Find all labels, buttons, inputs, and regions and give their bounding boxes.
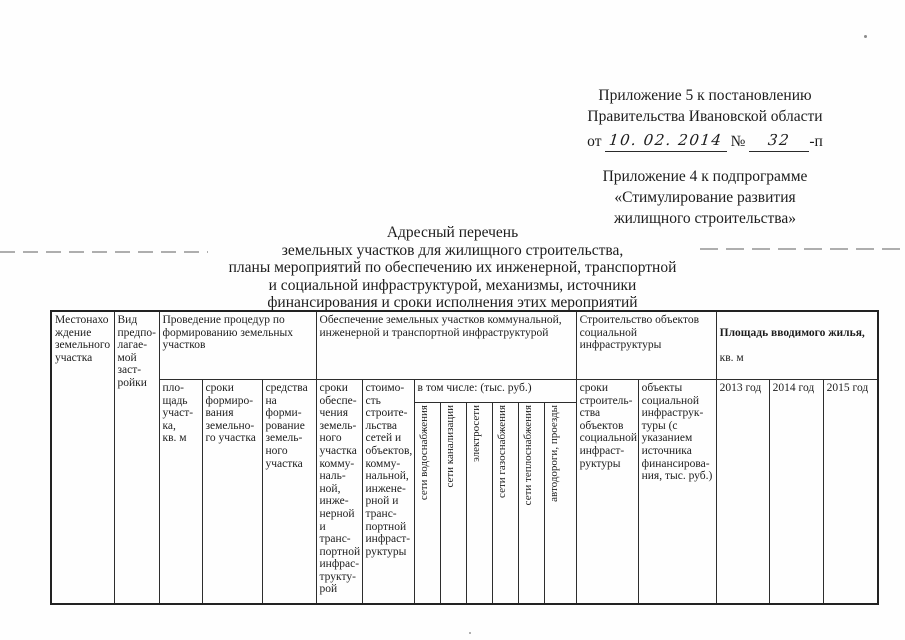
col-header-infrastructure-terms: сроки обеспе- чения земель- ного участка… xyxy=(316,379,362,604)
col-header-year-2014: 2014 год xyxy=(769,379,823,604)
col-header-location: Местонахо ждение земельного участка xyxy=(51,311,114,604)
col-header-year-2013: 2013 год xyxy=(716,379,769,604)
col-header-year-2015: 2015 год xyxy=(823,379,878,604)
from-label: от xyxy=(587,133,601,150)
col-header-including: в том числе: (тыс. руб.) xyxy=(414,379,576,402)
main-table: Местонахо ждение земельного участка Вид … xyxy=(50,310,879,605)
col-header-roads: автодороги, проезды xyxy=(544,402,576,604)
group-header-infrastructure: Обеспечение земельных участков коммуналь… xyxy=(316,311,576,379)
col-header-plot-area: пло- щадь участ- ка, кв. м xyxy=(159,379,202,604)
col-header-social-terms: сроки строитель- ства объектов социально… xyxy=(576,379,638,604)
title-line: Адресный перечень xyxy=(0,224,905,242)
col-header-gas-networks: сети газоснабжения xyxy=(492,402,518,604)
group-header-housing: Площадь вводимого жилья, кв. м xyxy=(716,311,878,379)
appendix-4-block: Приложение 4 к подпрограмме «Стимулирова… xyxy=(552,166,858,229)
appendix-5-line-2: Правительства Ивановской области xyxy=(552,106,858,127)
document-page: Приложение 5 к постановлению Правительст… xyxy=(0,0,905,640)
appendix-4-line-2: «Стимулирование развития xyxy=(552,187,858,208)
appendix-5-block: Приложение 5 к постановлению Правительст… xyxy=(552,85,858,152)
col-header-sewer-networks: сети канализации xyxy=(440,402,466,604)
number-underline: 32 xyxy=(749,130,809,152)
col-header-formation-terms: сроки формиро- вания земельно- го участк… xyxy=(202,379,262,604)
appendix-4-line-1: Приложение 4 к подпрограмме xyxy=(552,166,858,187)
scan-artifact-dot-bottom xyxy=(469,632,471,634)
housing-title-bold: Площадь вводимого жилья, xyxy=(720,327,876,340)
date-underline: 10. 02. 2014 xyxy=(605,130,726,152)
group-header-social: Строительство объектов социальной инфрас… xyxy=(576,311,716,379)
scan-artifact-dot-top-right xyxy=(864,35,867,38)
title-line: и социальной инфраструктурой, механизмы,… xyxy=(0,277,905,295)
title-line: земельных участков для жилищного строите… xyxy=(0,242,905,260)
col-header-heat-networks: сети теплоснабжения xyxy=(518,402,544,604)
number-sign: № xyxy=(731,133,746,150)
suffix-label: -п xyxy=(809,133,822,150)
title-line: планы мероприятий по обеспечению их инже… xyxy=(0,259,905,277)
col-header-building-type: Вид предпо- лагае- мой заст- ройки xyxy=(114,311,159,604)
appendix-5-date-line: от 10. 02. 2014 № 32-п xyxy=(552,130,858,152)
group-header-formation: Проведение процедур по формированию земе… xyxy=(159,311,316,379)
col-header-water-networks: сети водоснабжения xyxy=(414,402,440,604)
col-header-formation-funds: средства на форми- рование земель- ного … xyxy=(262,379,316,604)
handwritten-number: 32 xyxy=(767,130,791,151)
housing-title-unit: кв. м xyxy=(720,352,876,365)
col-header-construction-cost: стоимо- сть строите- льства сетей и объе… xyxy=(362,379,414,604)
document-title: Адресный перечень земельных участков для… xyxy=(0,224,905,312)
handwritten-date: 10. 02. 2014 xyxy=(608,130,724,151)
col-header-social-objects: объекты социальной инфраструк- туры (с у… xyxy=(638,379,716,604)
col-header-electric-networks: электросети xyxy=(466,402,492,604)
appendix-5-line-1: Приложение 5 к постановлению xyxy=(552,85,858,106)
